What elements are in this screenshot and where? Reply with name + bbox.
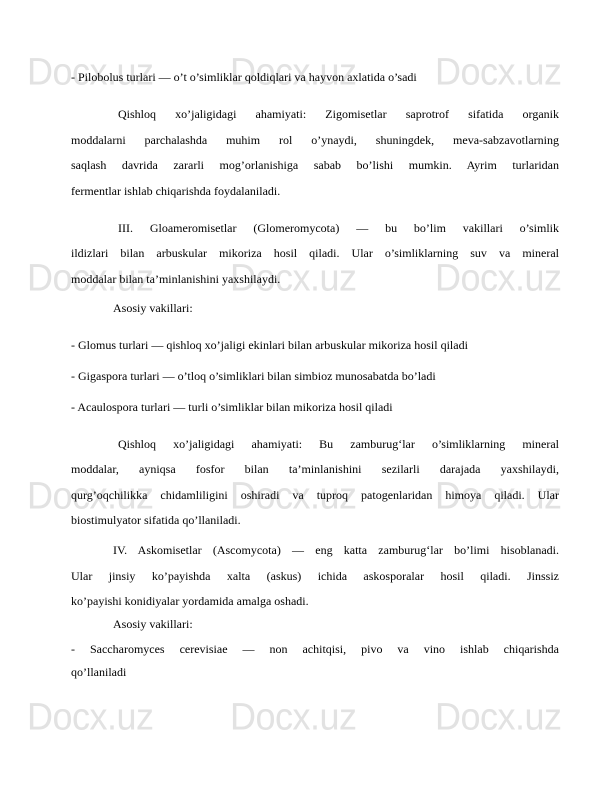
watermark: Docx.uz [27,696,154,738]
paragraph-line: moddalar, ayniqsa fosfor bilan ta’minlan… [71,462,559,476]
paragraph-line: ko’payishi konidiyalar yordamida amalga … [71,594,559,608]
section-heading: Asosiy vakillari: [113,301,601,315]
paragraph-line: Qishloq xo’jaligidagi ahamiyati: Zigomis… [118,107,559,121]
paragraph-line: IV. Askomisetlar (Ascomycota) — eng katt… [113,543,559,557]
list-item: qo’llaniladi [71,665,559,679]
paragraph-line: ildizlari bilan arbuskular mikoriza hosi… [71,246,559,260]
watermark: Docx.uz [435,696,562,738]
paragraph-line: fermentlar ishlab chiqarishda foydalanil… [71,184,559,198]
document-page: Docx.uz Docx.uz Docx.uz Docx.uz Docx.uz … [0,0,612,792]
paragraph-line: moddalarni parchalashda muhim rol o’ynay… [71,133,559,147]
paragraph-line: biostimulyator sifatida qo’llaniladi. [71,513,559,527]
paragraph-line: III. Gloameromisetlar (Glomeromycota) — … [118,221,559,235]
watermark: Docx.uz [230,696,357,738]
section-heading: Asosiy vakillari: [113,617,601,631]
paragraph-line: qurg’oqchilikka chidamliligini oshiradi … [71,488,559,502]
paragraph-line: moddalar bilan ta’minlanishini yaxshilay… [71,272,559,286]
list-item: - Gigaspora turlari — o’tloq o’simliklar… [71,369,559,383]
list-item: - Glomus turlari — qishloq xo’jaligi eki… [71,338,559,352]
paragraph-line: Qishloq xo’jaligidagi ahamiyati: Bu zamb… [118,437,559,451]
list-item: - Saccharomyces cerevisiae — non achitqi… [71,642,559,656]
paragraph-line: Ular jinsiy ko’payishda xalta (askus) ic… [71,569,559,583]
list-item: - Acaulospora turlari — turli o’simlikla… [71,400,559,414]
paragraph-line: saqlash davrida zararli mog’orlanishiga … [71,158,559,172]
list-item: - Pilobolus turlari — o’t o’simliklar qo… [71,70,559,84]
watermark-row: Docx.uz Docx.uz Docx.uz [0,697,612,737]
